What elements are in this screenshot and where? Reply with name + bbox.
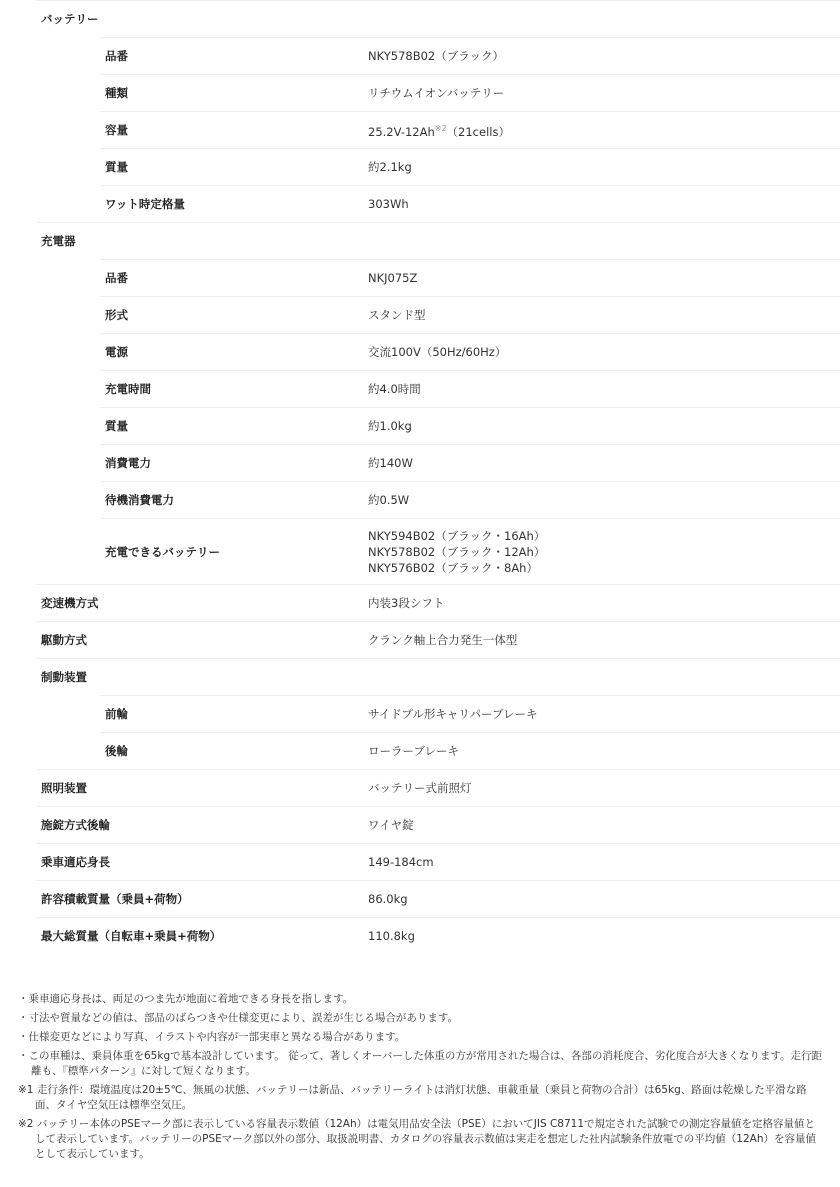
spec-label: 最大総質量（自転車+乗員+荷物）	[36, 928, 368, 944]
spec-row: 品番 NKJ075Z	[100, 259, 840, 296]
spec-value: 約4.0時間	[368, 381, 421, 397]
capacity-value: 25.2V-12Ah	[368, 124, 435, 138]
cells-value: （21cells）	[447, 124, 510, 138]
spec-row-payload: 許容積載質量（乗員+荷物） 86.0kg	[36, 880, 840, 917]
spec-label: 質量	[100, 418, 368, 434]
spec-row-max-total: 最大総質量（自転車+乗員+荷物） 110.8kg	[36, 917, 840, 954]
spec-label: 質量	[100, 159, 368, 175]
spec-label: 容量	[100, 122, 368, 138]
note: ・仕様変更などにより写真、イラストや内容が一部実車と異なる場合があります。	[18, 1030, 824, 1045]
spec-row: ワット時定格量 303Wh	[100, 185, 840, 222]
spec-value: 約2.1kg	[368, 159, 412, 175]
spec-label: 待機消費電力	[100, 492, 368, 508]
note: ・乗車適応身長は、両足のつま先が地面に着地できる身長を指します。	[18, 992, 824, 1007]
spec-value: 約0.5W	[368, 492, 409, 508]
spec-label: 電源	[100, 344, 368, 360]
footnote-ref: ※2	[435, 124, 447, 133]
spec-table: バッテリー 品番 NKY578B02（ブラック） 種類 リチウムイオンバッテリー…	[36, 0, 840, 954]
spec-row-lighting: 照明装置 バッテリー式前照灯	[36, 769, 840, 806]
compatible-battery: NKY576B02（ブラック・8Ah）	[368, 560, 545, 576]
spec-row-transmission: 変速機方式 内装3段シフト	[36, 584, 840, 621]
spec-value: NKJ075Z	[368, 270, 417, 286]
spec-row: 前輪 サイドプル形キャリパーブレーキ	[100, 695, 840, 732]
spec-value: NKY578B02（ブラック）	[368, 48, 504, 64]
note: ・寸法や質量などの値は、部品のばらつきや仕様変更により、誤差が生じる場合がありま…	[18, 1011, 824, 1026]
spec-value: サイドプル形キャリパーブレーキ	[368, 706, 538, 722]
spec-label: 品番	[100, 48, 368, 64]
spec-row: 容量 25.2V-12Ah※2（21cells）	[100, 111, 840, 148]
spec-label: 許容積載質量（乗員+荷物）	[36, 891, 368, 907]
spec-value: 約140W	[368, 455, 413, 471]
spec-label: 施錠方式後輪	[36, 817, 368, 833]
spec-label: ワット時定格量	[100, 196, 368, 212]
spec-row-drive: 駆動方式 クランク軸上合力発生一体型	[36, 621, 840, 658]
spec-label: 乗車適応身長	[36, 854, 368, 870]
spec-value: 303Wh	[368, 196, 409, 212]
spec-label: 前輪	[100, 706, 368, 722]
spec-group-battery: バッテリー	[36, 0, 840, 37]
spec-row: 充電時間 約4.0時間	[100, 370, 840, 407]
spec-label: 品番	[100, 270, 368, 286]
note: ・この車種は、乗員体重を65kgで基本設計しています。 従って、著しくオーバーし…	[18, 1049, 824, 1079]
spec-label: 照明装置	[36, 780, 368, 796]
spec-row: 電源 交流100V（50Hz/60Hz）	[100, 333, 840, 370]
spec-label: 充電時間	[100, 381, 368, 397]
spec-value: 内装3段シフト	[368, 595, 444, 611]
spec-value: バッテリー式前照灯	[368, 780, 472, 796]
spec-row: 待機消費電力 約0.5W	[100, 481, 840, 518]
spec-row: 後輪 ローラーブレーキ	[100, 732, 840, 769]
spec-label: 後輪	[100, 743, 368, 759]
spec-row: 質量 約1.0kg	[100, 407, 840, 444]
spec-value: 約1.0kg	[368, 418, 412, 434]
spec-value: 110.8kg	[368, 928, 415, 944]
spec-row: 種類 リチウムイオンバッテリー	[100, 74, 840, 111]
footnote-2: ※2 バッテリー本体のPSEマーク部に表示している容量表示数値（12Ah）は電気…	[18, 1117, 824, 1162]
spec-value: ローラーブレーキ	[368, 743, 459, 759]
compatible-battery: NKY578B02（ブラック・12Ah）	[368, 544, 545, 560]
spec-label: 変速機方式	[36, 595, 368, 611]
spec-row: 形式 スタンド型	[100, 296, 840, 333]
spec-value: 交流100V（50Hz/60Hz）	[368, 344, 506, 360]
spec-label: 種類	[100, 85, 368, 101]
spec-row: 充電できるバッテリー NKY594B02（ブラック・16Ah） NKY578B0…	[100, 518, 840, 584]
spec-value: リチウムイオンバッテリー	[368, 85, 504, 101]
spec-label: 消費電力	[100, 455, 368, 471]
spec-group-brakes: 制動装置	[36, 658, 840, 695]
group-label: 充電器	[36, 233, 368, 249]
spec-row: 質量 約2.1kg	[100, 148, 840, 185]
spec-value-list: NKY594B02（ブラック・16Ah） NKY578B02（ブラック・12Ah…	[368, 528, 545, 576]
group-label: 制動装置	[36, 669, 368, 685]
spec-group-charger: 充電器	[36, 222, 840, 259]
spec-row-rider-height: 乗車適応身長 149-184cm	[36, 843, 840, 880]
footnotes: ・乗車適応身長は、両足のつま先が地面に着地できる身長を指します。 ・寸法や質量な…	[18, 992, 824, 1166]
spec-value: 86.0kg	[368, 891, 408, 907]
footnote-1: ※1 走行条件：環境温度は20±5℃、無風の状態、バッテリーは新品、バッテリーラ…	[18, 1083, 824, 1113]
spec-value: 25.2V-12Ah※2（21cells）	[368, 121, 510, 140]
spec-value: ワイヤ錠	[368, 817, 414, 833]
spec-value: 149-184cm	[368, 854, 434, 870]
spec-label: 充電できるバッテリー	[100, 544, 368, 560]
spec-value: スタンド型	[368, 307, 426, 323]
spec-row: 消費電力 約140W	[100, 444, 840, 481]
spec-label: 駆動方式	[36, 632, 368, 648]
spec-row-lock: 施錠方式後輪 ワイヤ錠	[36, 806, 840, 843]
group-label: バッテリー	[36, 11, 368, 27]
spec-row: 品番 NKY578B02（ブラック）	[100, 37, 840, 74]
spec-value: クランク軸上合力発生一体型	[368, 632, 517, 648]
spec-label: 形式	[100, 307, 368, 323]
compatible-battery: NKY594B02（ブラック・16Ah）	[368, 528, 545, 544]
